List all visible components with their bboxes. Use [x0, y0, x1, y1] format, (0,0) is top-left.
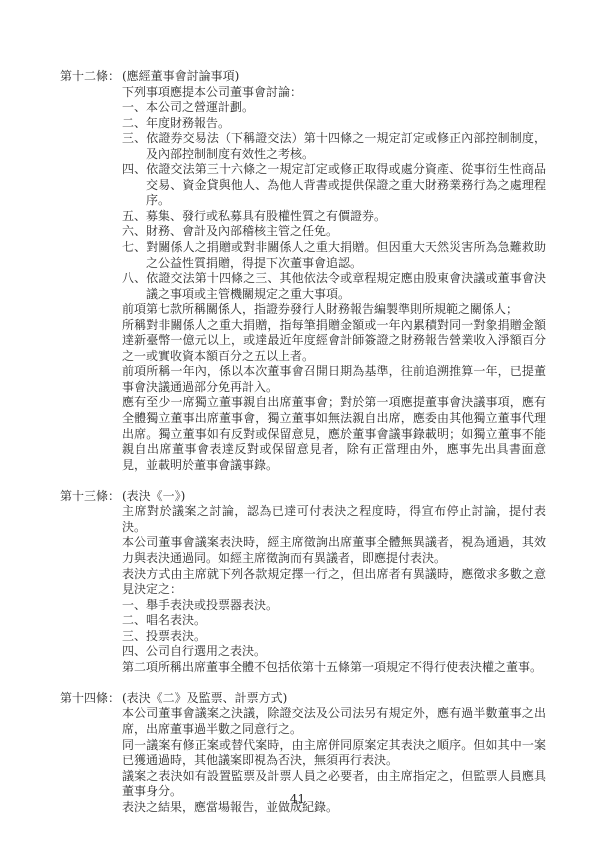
paragraph: 本公司董事會議案表決時，經主席徵詢出席董事全體無異議者，視為通過，其效力與表決通… [122, 535, 546, 566]
article-body: (表決《一》) 主席對於議案之討論，認為已達可付表決之程度時，得宣布停止討論，提… [122, 489, 546, 676]
paragraph: 應有至少一席獨立董事親自出席董事會；對於第一項應提董事會決議事項，應有全體獨立董… [122, 395, 546, 473]
article-title: (表決《二》及監票、計票方式) [122, 691, 546, 707]
article-label: 第十二條： [60, 69, 122, 85]
document-content: 第十二條： (應經董事會討論事項) 下列事項應提本公司董事會討論：一、本公司之營… [60, 69, 546, 815]
paragraph: 前項第七款所稱關係人，指證券發行人財務報告編製準則所規範之關係人； [122, 302, 546, 318]
article: 第十二條： (應經董事會討論事項) 下列事項應提本公司董事會討論：一、本公司之營… [60, 69, 546, 473]
paragraph: 同一議案有修正案或替代案時，由主席併同原案定其表決之順序。但如其中一案已獲通過時… [122, 738, 546, 769]
paragraph: 第二項所稱出席董事全體不包括依第十五條第一項規定不得行使表決權之董事。 [122, 660, 546, 676]
list-item: 七、對關係人之捐贈或對非關係人之重大捐贈。但因重大天然災害所為急難救助之公益性質… [122, 240, 546, 271]
list-item: 三、依證券交易法（下稱證交法）第十四條之一規定訂定或修正內部控制制度，及內部控制… [122, 131, 546, 162]
list-item: 三、投票表決。 [122, 629, 546, 645]
article-title: (表決《一》) [122, 489, 546, 505]
article-label: 第十四條： [60, 691, 122, 707]
article-title: (應經董事會討論事項) [122, 69, 546, 85]
article-body: (應經董事會討論事項) 下列事項應提本公司董事會討論：一、本公司之營運計劃。二、… [122, 69, 546, 473]
list-item: 八、依證交法第十四條之三、其他依法令或章程規定應由股東會決議或董事會決議之事項或… [122, 271, 546, 302]
paragraph: 表決方式由主席就下列各款規定擇一行之，但出席者有異議時，應徵求多數之意見決定之： [122, 567, 546, 598]
list-item: 一、舉手表決或投票器表決。 [122, 598, 546, 614]
article: 第十三條： (表決《一》) 主席對於議案之討論，認為已達可付表決之程度時，得宣布… [60, 489, 546, 676]
list-item: 六、財務、會計及內部稽核主管之任免。 [122, 224, 546, 240]
page-number: 41 [0, 792, 595, 806]
paragraph: 所稱對非關係人之重大捐贈，指每筆捐贈金額或一年內累積對同一對象捐贈金額達新臺幣一… [122, 318, 546, 365]
list-item: 四、公司自行選用之表決。 [122, 644, 546, 660]
list-item: 二、唱名表決。 [122, 613, 546, 629]
paragraph: 本公司董事會議案之決議，除證交法及公司法另有規定外，應有過半數董事之出席，出席董… [122, 706, 546, 737]
article-label: 第十三條： [60, 489, 122, 505]
list-item: 四、依證交法第三十六條之一規定訂定或修正取得或處分資產、從事衍生性商品交易、資金… [122, 162, 546, 209]
document-page: 第十二條： (應經董事會討論事項) 下列事項應提本公司董事會討論：一、本公司之營… [0, 0, 595, 842]
list-item: 五、募集、發行或私募具有股權性質之有價證券。 [122, 209, 546, 225]
list-item: 二、年度財務報告。 [122, 116, 546, 132]
list-item: 一、本公司之營運計劃。 [122, 100, 546, 116]
paragraph: 下列事項應提本公司董事會討論： [122, 85, 546, 101]
paragraph: 主席對於議案之討論，認為已達可付表決之程度時，得宣布停止討論，提付表決。 [122, 504, 546, 535]
paragraph: 前項所稱一年內，係以本次董事會召開日期為基準，往前追溯推算一年，已提董事會決議通… [122, 364, 546, 395]
